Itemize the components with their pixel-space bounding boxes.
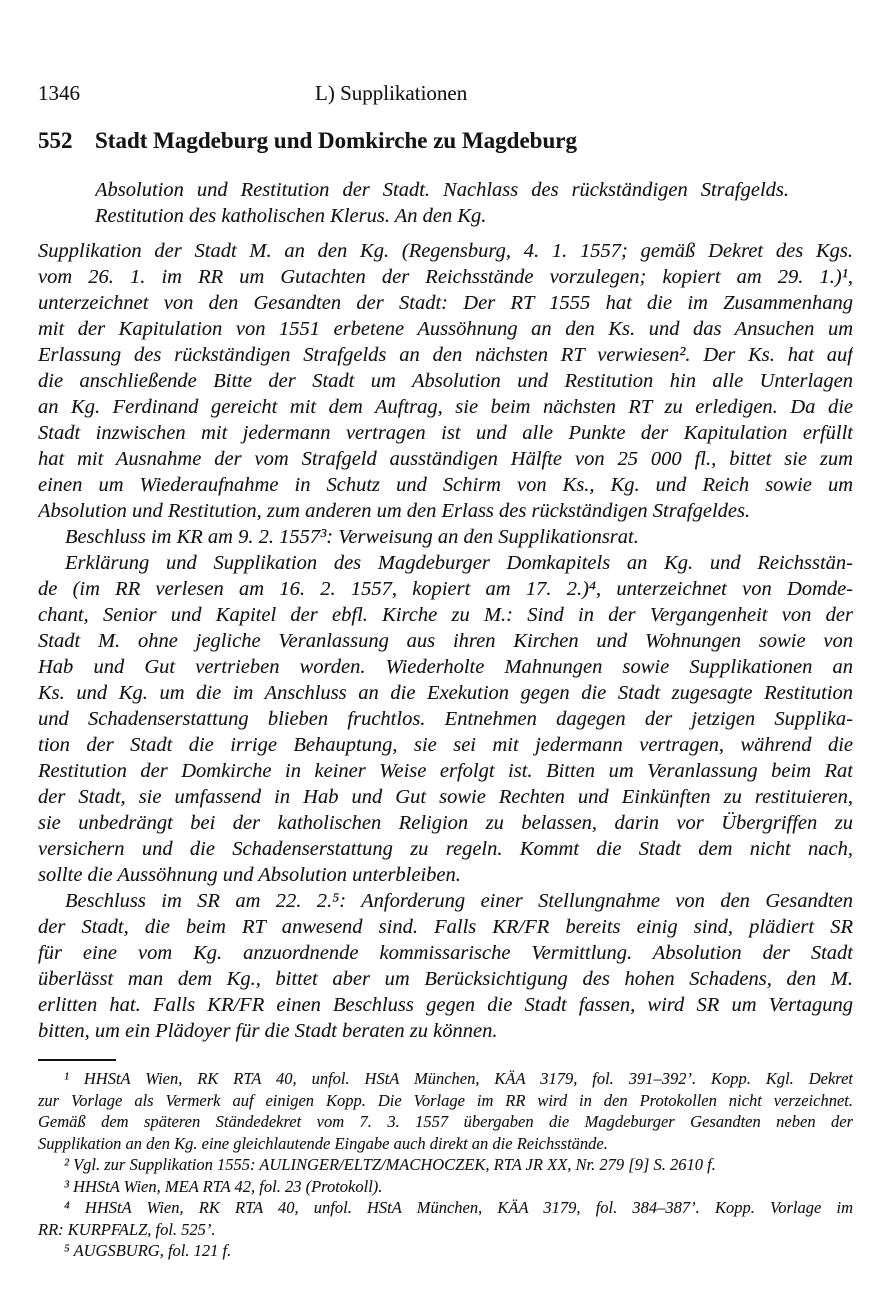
body-line: Absolution und Restitution, zum anderen … (38, 498, 853, 524)
body-line: vom 26. 1. im RR um Gutachten der Reichs… (38, 264, 853, 290)
body-line: sollte die Aussöhnung und Absolution unt… (38, 862, 853, 888)
body-line: Stadt inzwischen mit jedermann vertragen… (38, 420, 853, 446)
footnote-line: ¹ HHStA Wien, RK RTA 40, unfol. HStA Mün… (38, 1068, 853, 1090)
body-line: unterzeichnet von den Gesandten der Stad… (38, 290, 853, 316)
body-line: und Schadenserstattung blieben fruchtlos… (38, 706, 853, 732)
body-line: chant, Senior und Kapitel der ebfl. Kirc… (38, 602, 853, 628)
body-line: der Stadt, sie umfassend in Hab und Gut … (38, 784, 853, 810)
body-line: Supplikation der Stadt M. an den Kg. (Re… (38, 238, 853, 264)
book-page: 1346 L) Supplikationen 552 Stadt Magdebu… (0, 0, 891, 1300)
body-line: Ks. und Kg. um die im Anschluss an die E… (38, 680, 853, 706)
entry-summary: Absolution und Restitution der Stadt. Na… (95, 177, 789, 229)
body-line: Stadt M. ohne jegliche Veranlassung aus … (38, 628, 853, 654)
footnote-line: ⁴ HHStA Wien, RK RTA 40, unfol. HStA Mün… (38, 1197, 853, 1219)
body-line: an Kg. Ferdinand gereicht mit dem Auftra… (38, 394, 853, 420)
entry-title: Stadt Magdeburg und Domkirche zu Magdebu… (95, 127, 577, 155)
body-line: erlitten hat. Falls KR/FR einen Beschlus… (38, 992, 853, 1018)
footnote-line: zur Vorlage als Vermerk auf einigen Kopp… (38, 1090, 853, 1112)
page-header: 1346 L) Supplikationen (38, 80, 853, 106)
body-line: tion der Stadt die irrige Behauptung, si… (38, 732, 853, 758)
footnote-line: ³ HHStA Wien, MEA RTA 42, fol. 23 (Proto… (38, 1176, 853, 1198)
summary-line: Restitution des katholischen Klerus. An … (95, 203, 789, 229)
body-line: für eine vom Kg. anzuordnende kommissari… (38, 940, 853, 966)
entry-number: 552 (38, 127, 95, 155)
body-line: mit der Kapitulation von 1551 erbetene A… (38, 316, 853, 342)
body-line: de (im RR verlesen am 16. 2. 1557, kopie… (38, 576, 853, 602)
body-line: der Stadt, die beim RT anwesend sind. Fa… (38, 914, 853, 940)
running-header: L) Supplikationen (315, 80, 467, 106)
footnote-line: RR: KURPFALZ, fol. 525’. (38, 1219, 853, 1241)
body-line: Beschluss im SR am 22. 2.⁵: Anforderung … (38, 888, 853, 914)
body-line: überlässt man dem Kg., bittet aber um Be… (38, 966, 853, 992)
body-line: einen um Wiederaufnahme in Schutz und Sc… (38, 472, 853, 498)
body-line: Erlassung des rückständigen Strafgelds a… (38, 342, 853, 368)
body-line: sie unbedrängt bei der katholischen Reli… (38, 810, 853, 836)
body-line: Erklärung und Supplikation des Magdeburg… (38, 550, 853, 576)
footnote-separator-rule (38, 1059, 116, 1061)
footnote-line: Supplikation an den Kg. eine gleichlaute… (38, 1133, 853, 1155)
footnotes: ¹ HHStA Wien, RK RTA 40, unfol. HStA Mün… (38, 1068, 853, 1262)
body-line: Restitution der Domkirche in keiner Weis… (38, 758, 853, 784)
body-line: die anschließende Bitte der Stadt um Abs… (38, 368, 853, 394)
footnote-line: Gemäß dem späteren Ständedekret vom 7. 3… (38, 1111, 853, 1133)
body-line: hat mit Ausnahme der vom Strafgeld ausst… (38, 446, 853, 472)
footnote-line: ⁵ AUGSBURG, fol. 121 f. (38, 1240, 853, 1262)
entry-body: Supplikation der Stadt M. an den Kg. (Re… (38, 238, 853, 1044)
body-line: Beschluss im KR am 9. 2. 1557³: Verweisu… (38, 524, 853, 550)
page-number: 1346 (38, 80, 80, 106)
entry-heading: 552 Stadt Magdeburg und Domkirche zu Mag… (38, 127, 853, 155)
body-line: Hab und Gut vertrieben worden. Wiederhol… (38, 654, 853, 680)
footnote-line: ² Vgl. zur Supplikation 1555: AULINGER/E… (38, 1154, 853, 1176)
body-line: bitten, um ein Plädoyer für die Stadt be… (38, 1018, 853, 1044)
summary-line: Absolution und Restitution der Stadt. Na… (95, 177, 789, 203)
body-line: versichern und die Schadenserstattung zu… (38, 836, 853, 862)
